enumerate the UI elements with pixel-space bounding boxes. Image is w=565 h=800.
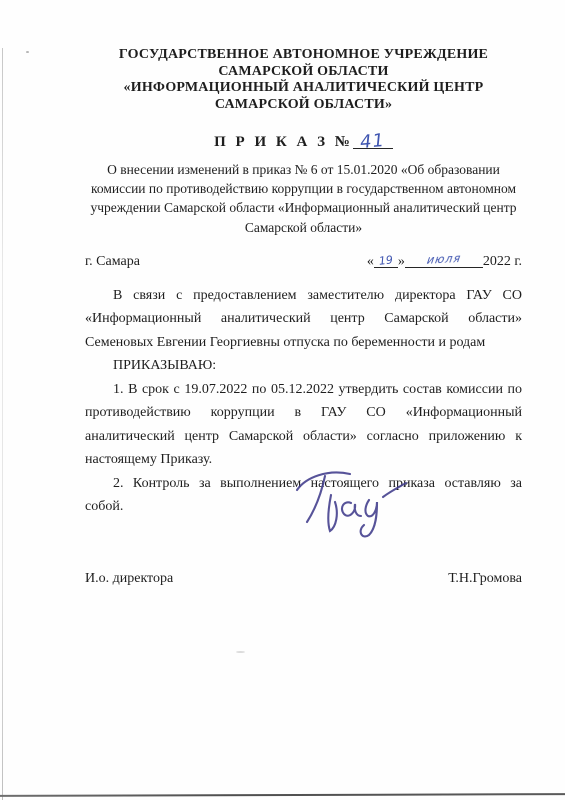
order-number-handwritten: 41 [360,135,386,149]
order-item-1: 1. В срок с 19.07.2022 по 05.12.2022 утв… [85,378,522,472]
org-name-line: «ИНФОРМАЦИОННЫЙ АНАЛИТИЧЕСКИЙ ЦЕНТР [85,80,522,97]
date-line: «19»июля2022 г. [367,254,522,270]
signature-row: И.о. директора Т.Н.Громова [85,571,522,587]
scan-speck [236,651,245,653]
org-name-line: ГОСУДАРСТВЕННОЕ АВТОНОМНОЕ УЧРЕЖДЕНИЕ [85,47,522,64]
order-subject: О внесении изменений в приказ № 6 от 15.… [85,160,522,237]
place-date-row: г. Самара «19»июля2022 г. [85,254,522,270]
scanned-order-document: ГОСУДАРСТВЕННОЕ АВТОНОМНОЕ УЧРЕЖДЕНИЕ СА… [0,0,565,800]
order-body: В связи с предоставлением заместителю ди… [85,284,522,519]
order-number-slot: 41 [353,135,393,149]
date-day-handwritten: 19 [378,255,393,266]
signer-name: Т.Н.Громова [448,571,522,587]
date-year: 2022 г. [483,254,522,269]
date-day-slot: 19 [374,257,398,268]
scan-edge-left [2,48,3,800]
place-label: г. Самара [85,254,140,270]
organization-name: ГОСУДАРСТВЕННОЕ АВТОНОМНОЕ УЧРЕЖДЕНИЕ СА… [85,47,522,113]
order-title-label: П Р И К А З № [214,134,353,150]
date-month-handwritten: июля [426,254,462,266]
org-name-line: САМАРСКОЙ ОБЛАСТИ» [85,97,522,114]
order-title: П Р И К А З №41 [85,134,522,151]
date-close-quote: » [398,254,405,269]
resolution-word: ПРИКАЗЫВАЮ: [85,354,522,378]
org-name-line: САМАРСКОЙ ОБЛАСТИ [85,64,522,81]
order-item-2: 2. Контроль за выполнением настоящего пр… [85,472,522,519]
date-open-quote: « [367,254,374,269]
intro-paragraph: В связи с предоставлением заместителю ди… [85,284,522,355]
date-month-slot: июля [405,257,483,268]
scan-speck [26,51,29,53]
document-content: ГОСУДАРСТВЕННОЕ АВТОНОМНОЕ УЧРЕЖДЕНИЕ СА… [85,0,522,587]
signer-role: И.о. директора [85,571,173,587]
scan-edge-bottom [0,793,565,797]
